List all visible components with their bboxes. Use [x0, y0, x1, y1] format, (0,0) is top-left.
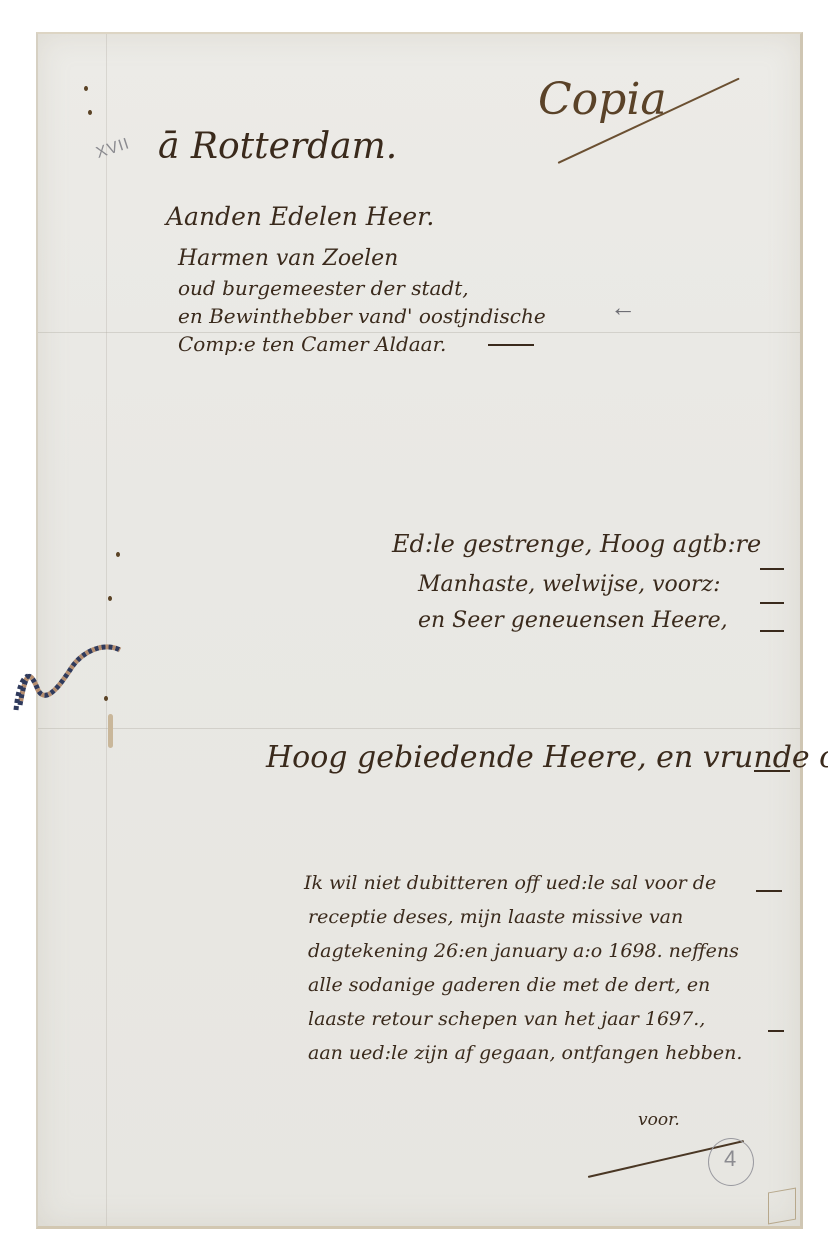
- line-filler: [756, 890, 782, 892]
- binding-cord: [0, 630, 130, 730]
- body-line: aan ued:le zijn af gegaan, ontfangen heb…: [308, 1042, 742, 1064]
- copia-mark: Copia: [538, 74, 667, 125]
- line-filler: [768, 1030, 784, 1032]
- archive-number: XVII: [94, 135, 132, 163]
- folio-number: 4: [724, 1146, 736, 1172]
- body-line: laaste retour schepen van het jaar 1697.…: [308, 1008, 705, 1030]
- salutation-line: Ed:le gestrenge, Hoog agtb:re: [392, 530, 761, 558]
- salutation-line: Manhaste, welwijse, voorz:: [418, 572, 721, 597]
- binding-hole: [108, 596, 112, 601]
- address-line: oud burgemeester der stadt,: [178, 276, 469, 300]
- address-line: Comp:e ten Camer Aldaar.: [178, 332, 446, 356]
- address-line: Harmen van Zoelen: [178, 246, 398, 271]
- binding-hole: [88, 110, 92, 115]
- body-line: alle sodanige gaderen die met de dert, e…: [308, 974, 710, 996]
- body-line: Ik wil niet dubitteren off ued:le sal vo…: [304, 872, 716, 894]
- line-filler: [488, 344, 534, 346]
- body-line: receptie deses, mijn laaste missive van: [308, 906, 683, 928]
- address-line: Aanden Edelen Heer.: [166, 202, 434, 231]
- folded-corner: [768, 1188, 796, 1225]
- address-line: ā Rotterdam.: [158, 126, 397, 167]
- line-filler: [760, 568, 784, 570]
- binding-hole: [116, 552, 120, 557]
- fold-line: [38, 728, 800, 729]
- pencil-arrow: ←: [610, 292, 636, 323]
- manuscript-page: Copia XVII ā Rotterdam. Aanden Edelen He…: [36, 32, 803, 1229]
- salutation-line: en Seer geneuensen Heere,: [418, 608, 728, 633]
- line-filler: [760, 602, 784, 604]
- binding-hole: [84, 86, 88, 91]
- body-line: dagtekening 26:en january a:o 1698. neff…: [308, 940, 739, 962]
- address-line: en Bewinthebber vand' oostjndische: [178, 304, 546, 328]
- line-filler: [760, 630, 784, 632]
- line-filler: [754, 770, 790, 772]
- catchword: voor.: [638, 1110, 680, 1130]
- opening-line: Hoog gebiedende Heere, en vrunde oom.: [266, 740, 828, 775]
